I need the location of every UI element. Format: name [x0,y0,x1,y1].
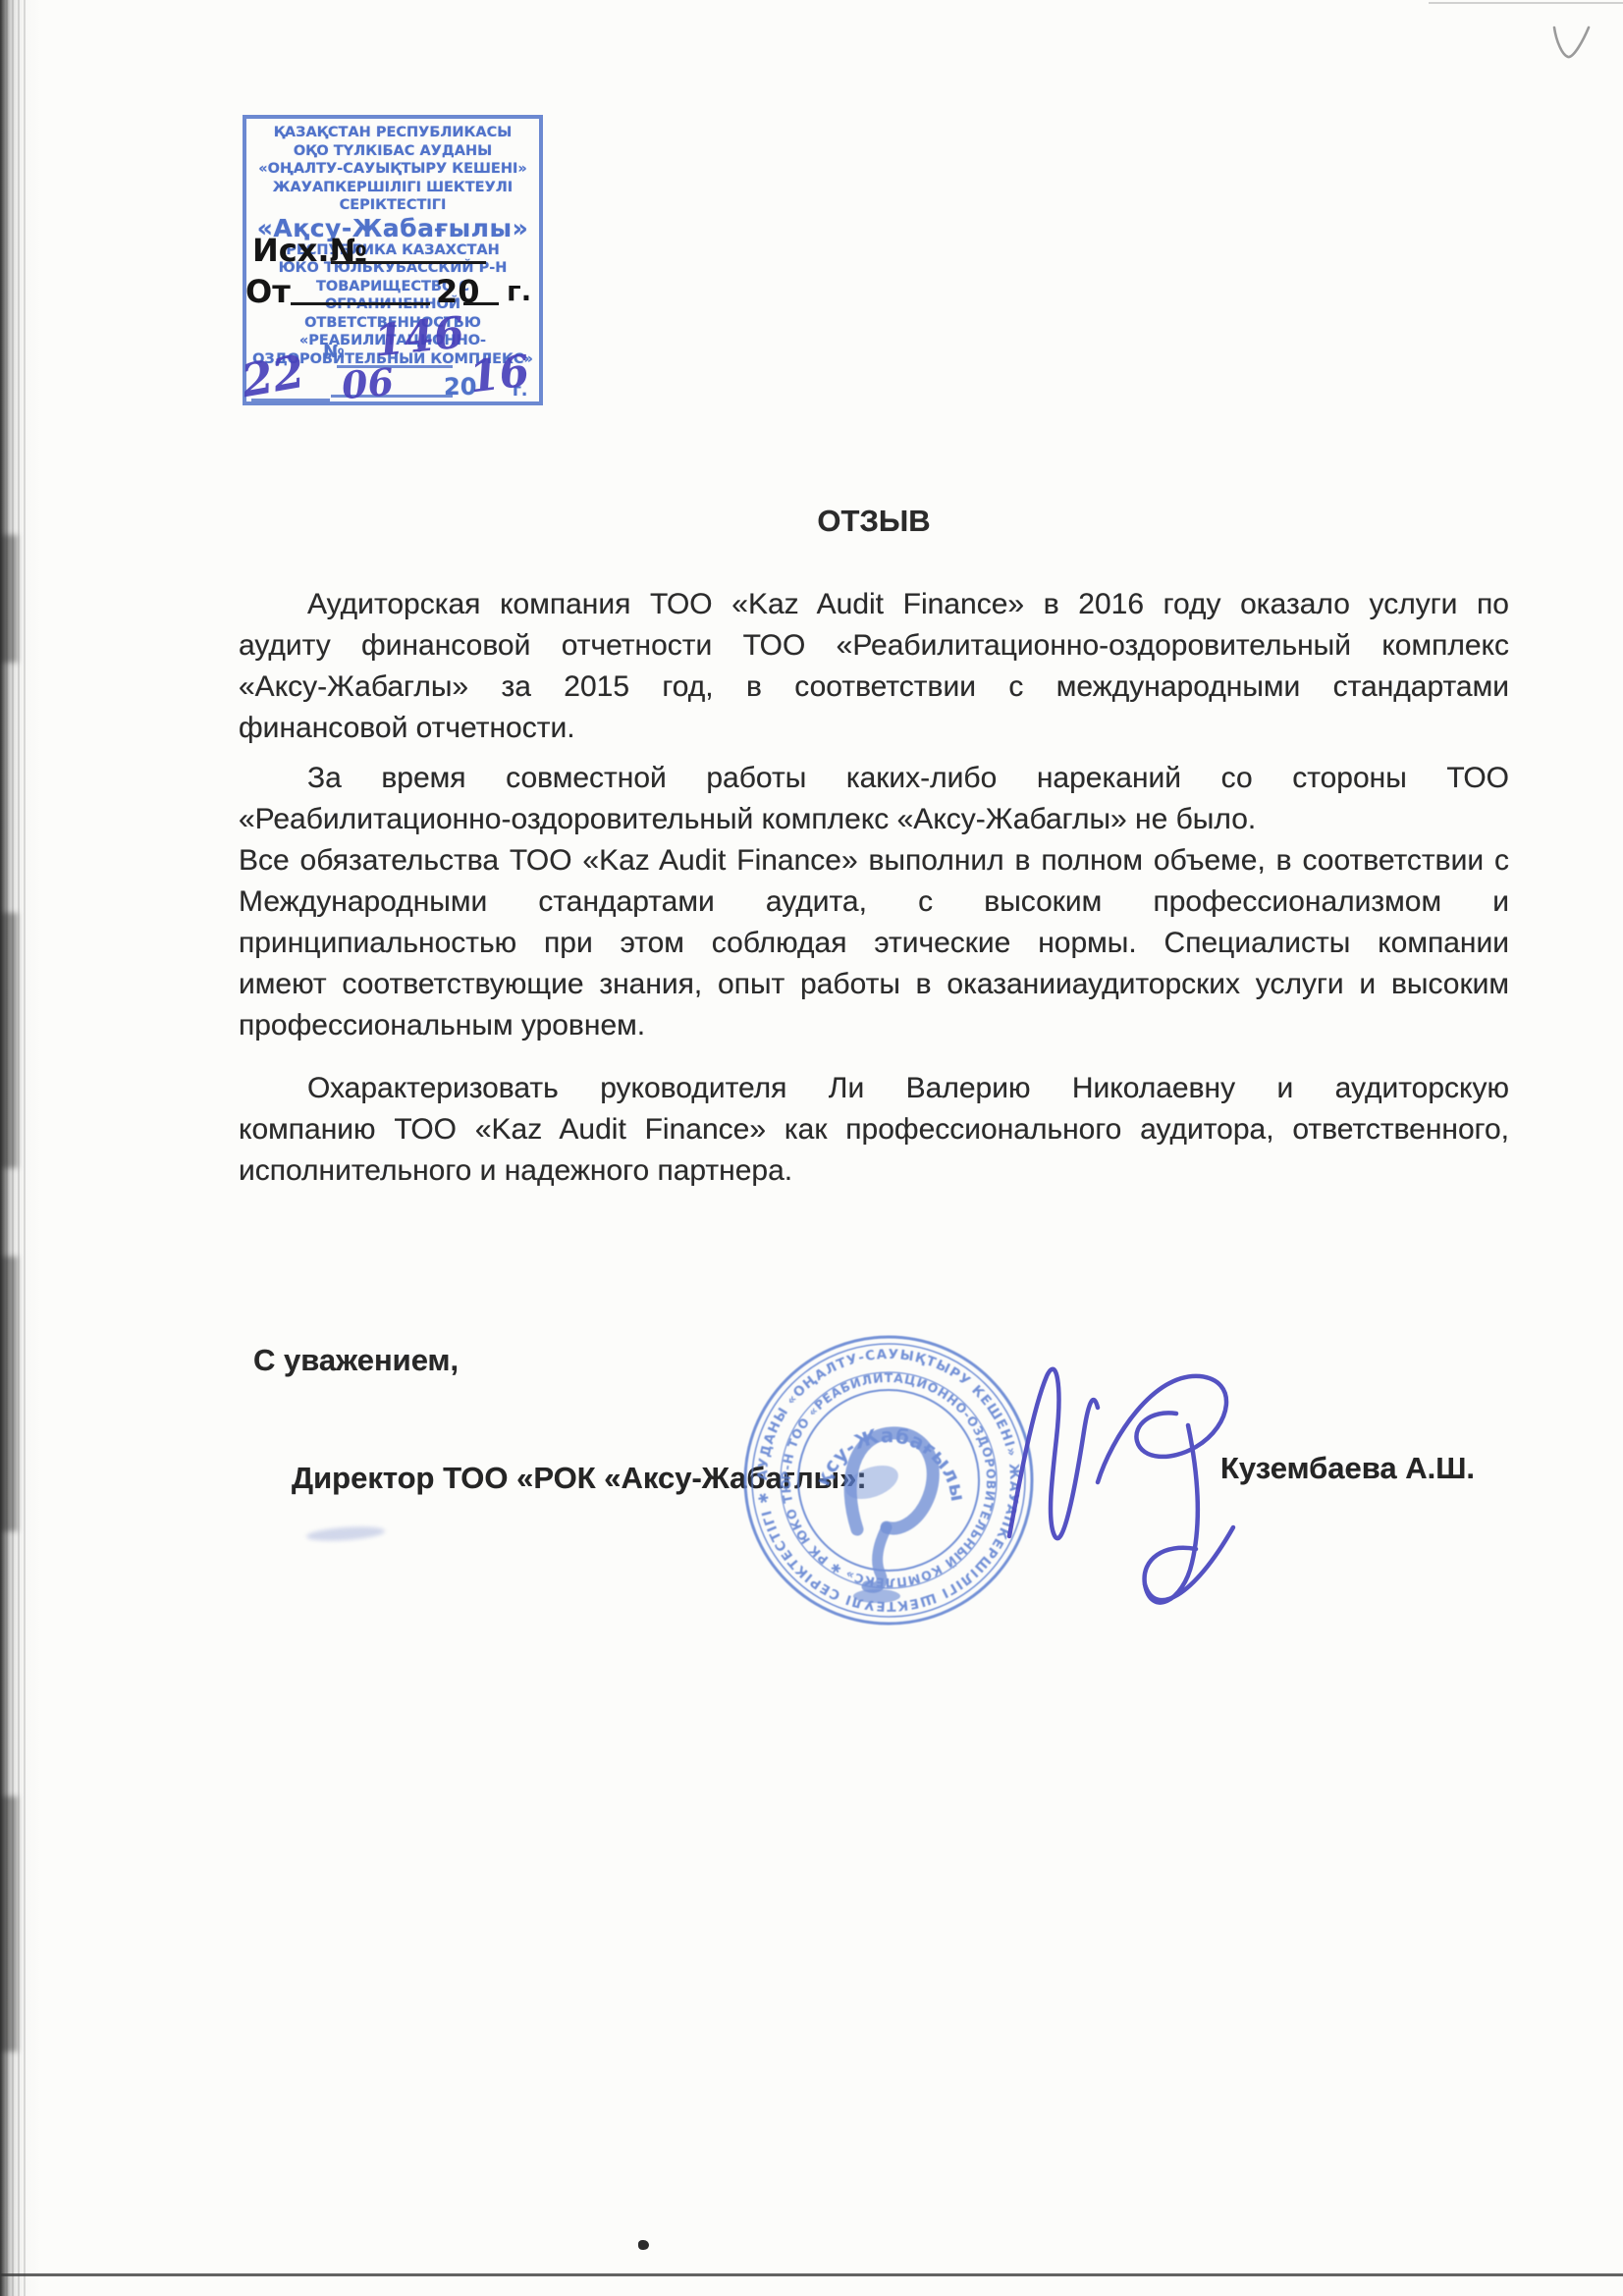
outgoing-date-blank-line [291,302,430,305]
paragraph-line: «Аксу-Жабаглы» за 2015 год, в соответств… [239,667,1509,708]
outgoing-year-blank-line [463,302,499,305]
scan-edge-dark-segment [0,535,18,663]
stamp-line: ОҚО ТҮЛКІБАС АУДАНЫ [246,142,539,161]
handwritten-year: 16 [466,346,532,402]
stamp-line: СЕРІКТЕСТІГІ [246,196,539,215]
outgoing-from-label: От [245,273,291,310]
paragraph-line: Аудиторская компания ТОО «Kaz Audit Fina… [239,584,1509,625]
scanned-page: ҚАЗАҚСТАН РЕСПУБЛИКАСЫ ОҚО ТҮЛКІБАС АУДА… [0,0,1623,2296]
paragraph-line: аудиту финансовой отчетности ТОО «Реабил… [239,625,1509,667]
handwritten-month: 06 [340,359,396,407]
handwritten-signature [982,1335,1296,1649]
letter-body: ОТЗЫВ Аудиторская компания ТОО «Kaz Audi… [239,501,1509,1192]
scan-bottom-edge-line [0,2273,1623,2276]
paragraph-line: принципиальностью при этом соблюдая этич… [239,923,1509,964]
outgoing-ref-blank-line [331,261,486,264]
paragraph-line: компанию ТОО «Kaz Audit Finance» как про… [239,1109,1509,1150]
handwritten-doc-number: 146 [372,307,467,366]
paragraph-line: финансовой отчетности. [239,708,1509,749]
blue-ink-smudge [306,1524,386,1543]
paragraph-line: За время совместной работы каких-либо на… [239,758,1509,799]
paragraph-line: исполнительного и надежного партнера. [239,1150,1509,1192]
paragraph-line: Охарактеризовать руководителя Ли Валерию… [239,1068,1509,1109]
scan-top-edge-line [1429,2,1623,4]
document-title: ОТЗЫВ [239,501,1509,542]
stamp-line: «ОҢАЛТУ-САУЫҚТЫРУ КЕШЕНІ» [246,160,539,179]
pen-checkmark-icon [1546,18,1601,69]
paragraph-line: Международными стандартами аудита, с выс… [239,881,1509,923]
paragraph-1: Аудиторская компания ТОО «Kaz Audit Fina… [239,584,1509,749]
paragraph-line: «Реабилитационно-оздоровительный комплек… [239,799,1509,840]
paragraph-line: профессиональным уровнем. [239,1005,1509,1046]
ink-speck [638,2240,649,2250]
stamp-line: ҚАЗАҚСТАН РЕСПУБЛИКАСЫ [246,124,539,142]
paragraph-3: Охарактеризовать руководителя Ли Валерию… [239,1068,1509,1192]
outgoing-year-suffix-label: г. [507,275,531,307]
closing-regards: С уважением, [253,1343,459,1378]
scan-edge-dark-segment [0,1796,18,2052]
paragraph-line: имеют соответствующие знания, опыт работ… [239,964,1509,1005]
stamp-number-label: № [323,342,345,362]
stamp-line: ЖАУАПКЕРШІЛІГІ ШЕКТЕУЛІ [246,179,539,197]
handwritten-day: 22 [238,345,308,407]
scan-edge-dark-segment [0,913,18,1168]
scan-edge-dark-segment [0,1256,18,1531]
paragraph-line: Все обязательства ТОО «Kaz Audit Finance… [239,840,1509,881]
paragraph-2: За время совместной работы каких-либо на… [239,758,1509,1046]
